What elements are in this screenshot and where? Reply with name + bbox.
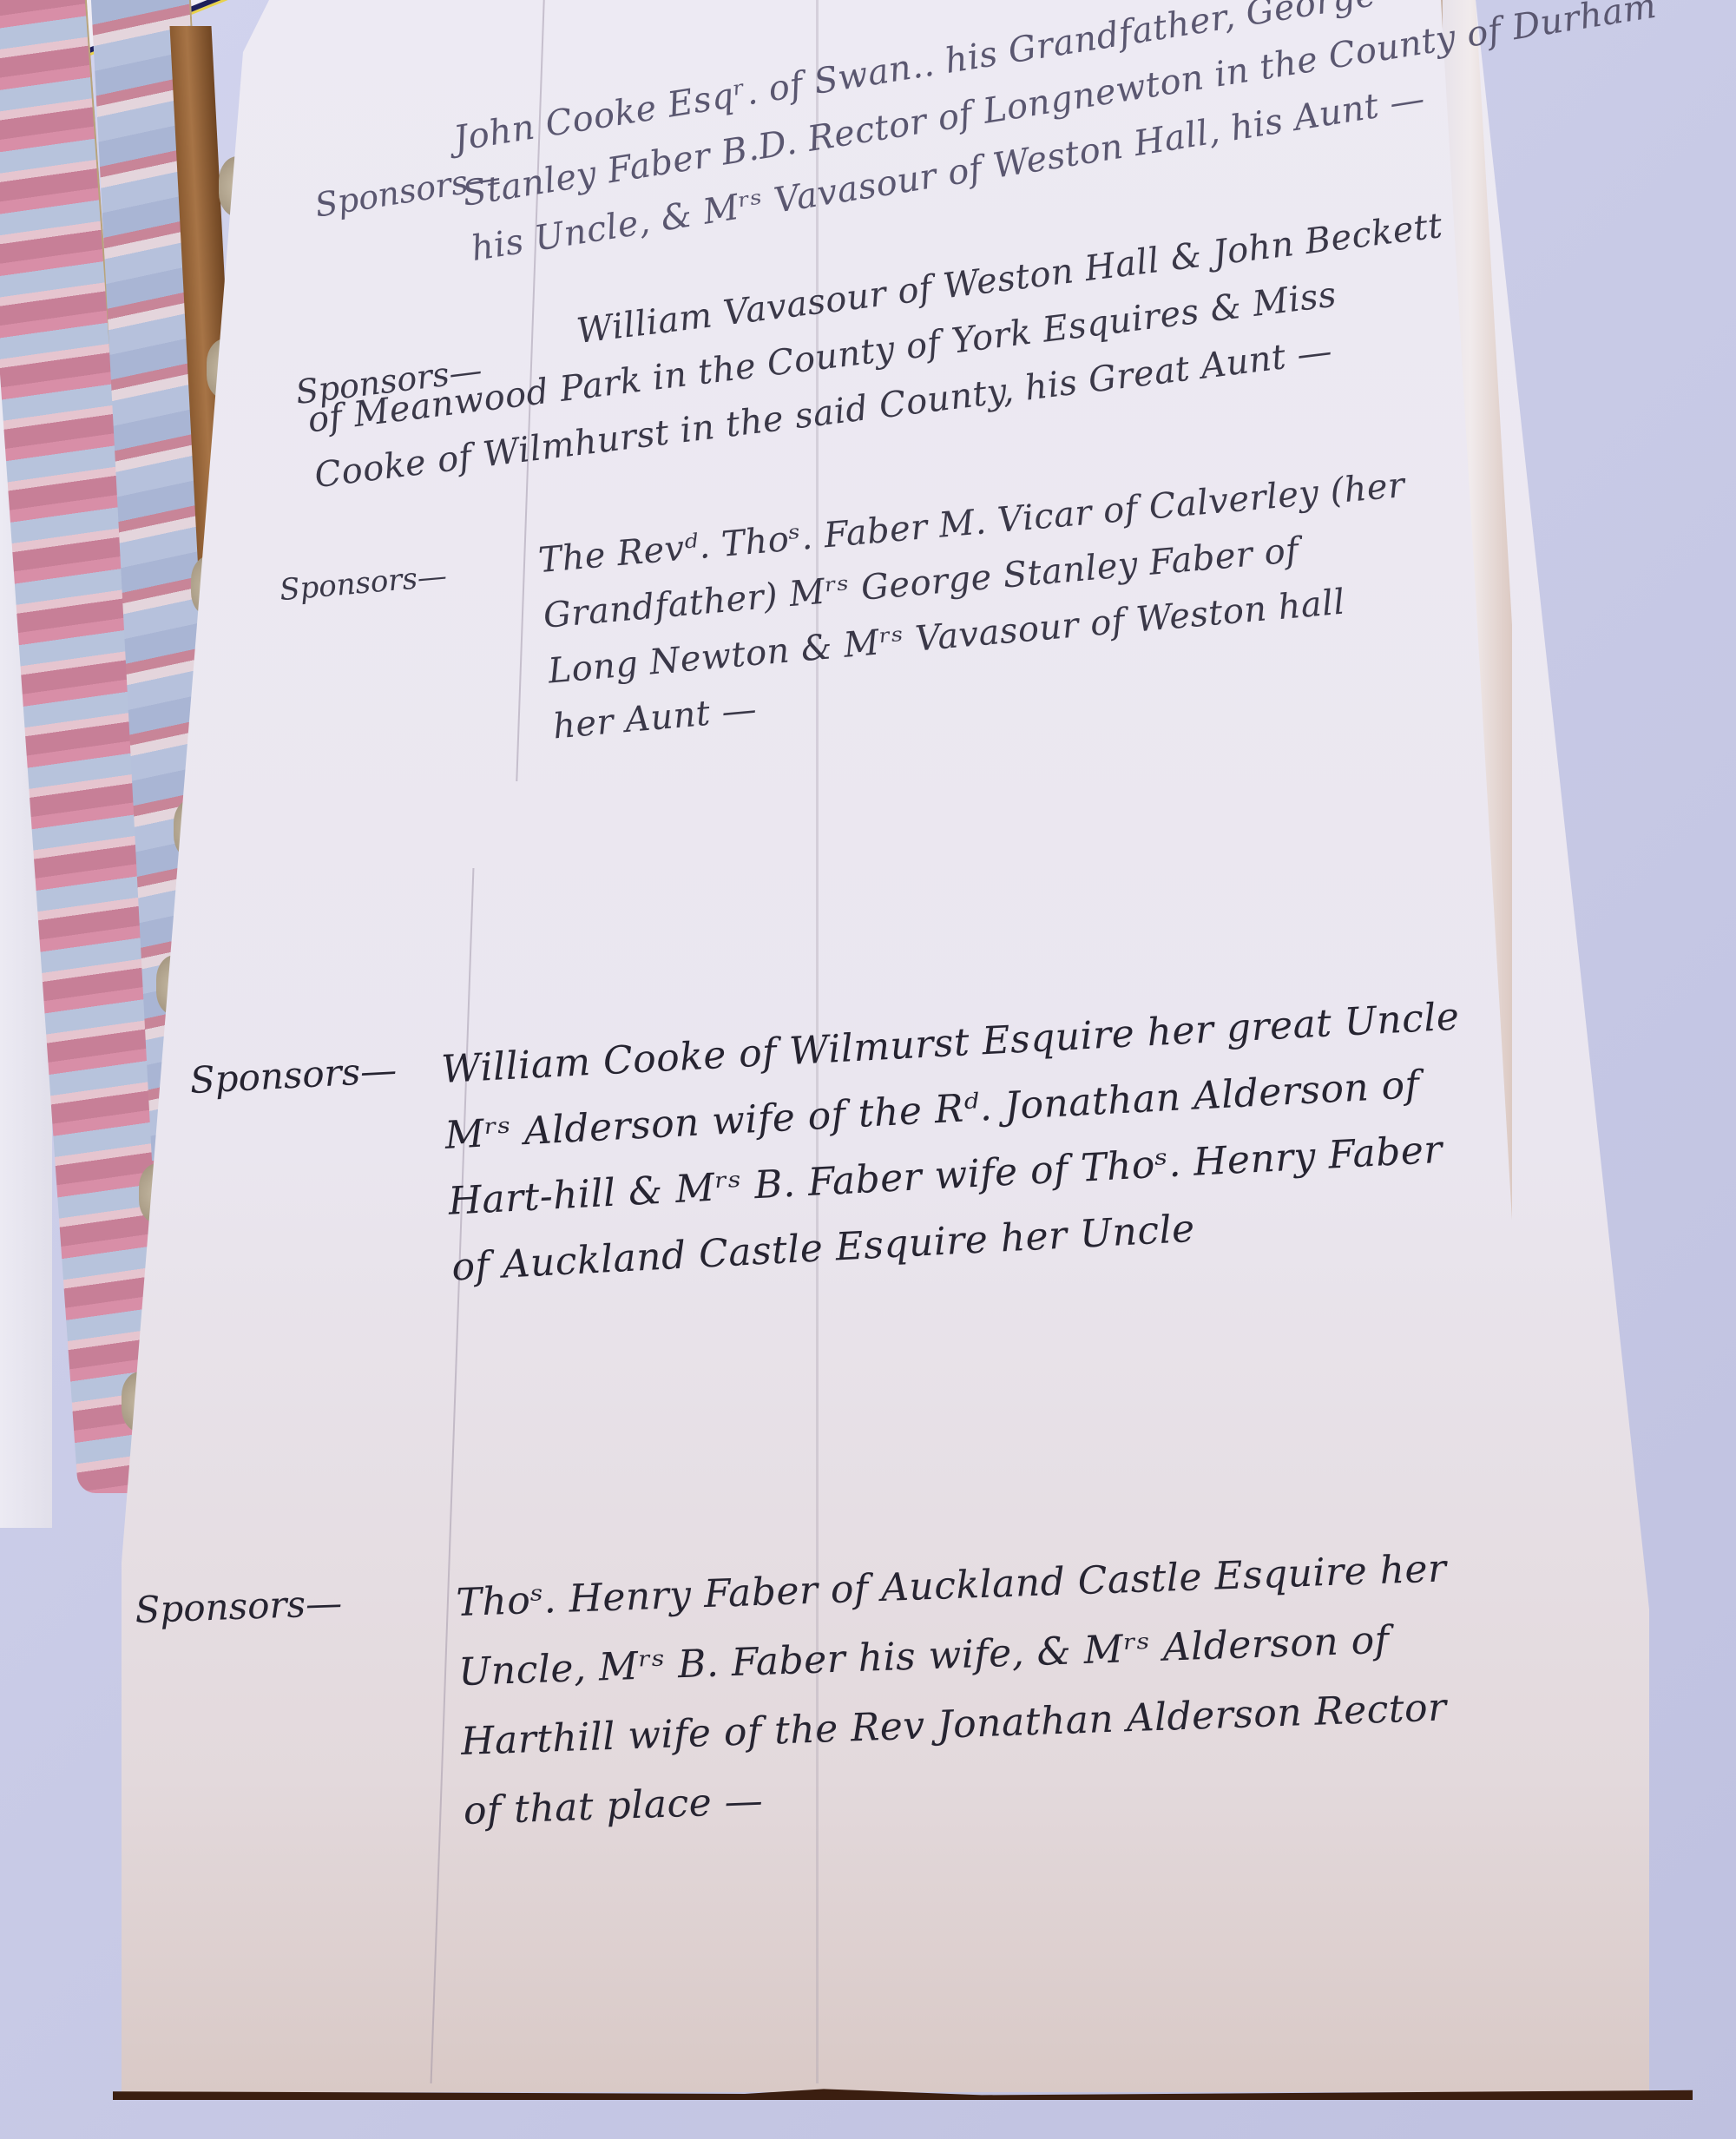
sponsors-label: Sponsors— [135, 1582, 343, 1631]
sponsors-label: Sponsors— [189, 1049, 398, 1102]
sponsors-label: Sponsors— [279, 559, 449, 609]
register-entry: Sponsors— Thoˢ. Henry Faber of Auckland … [134, 1534, 1455, 1858]
